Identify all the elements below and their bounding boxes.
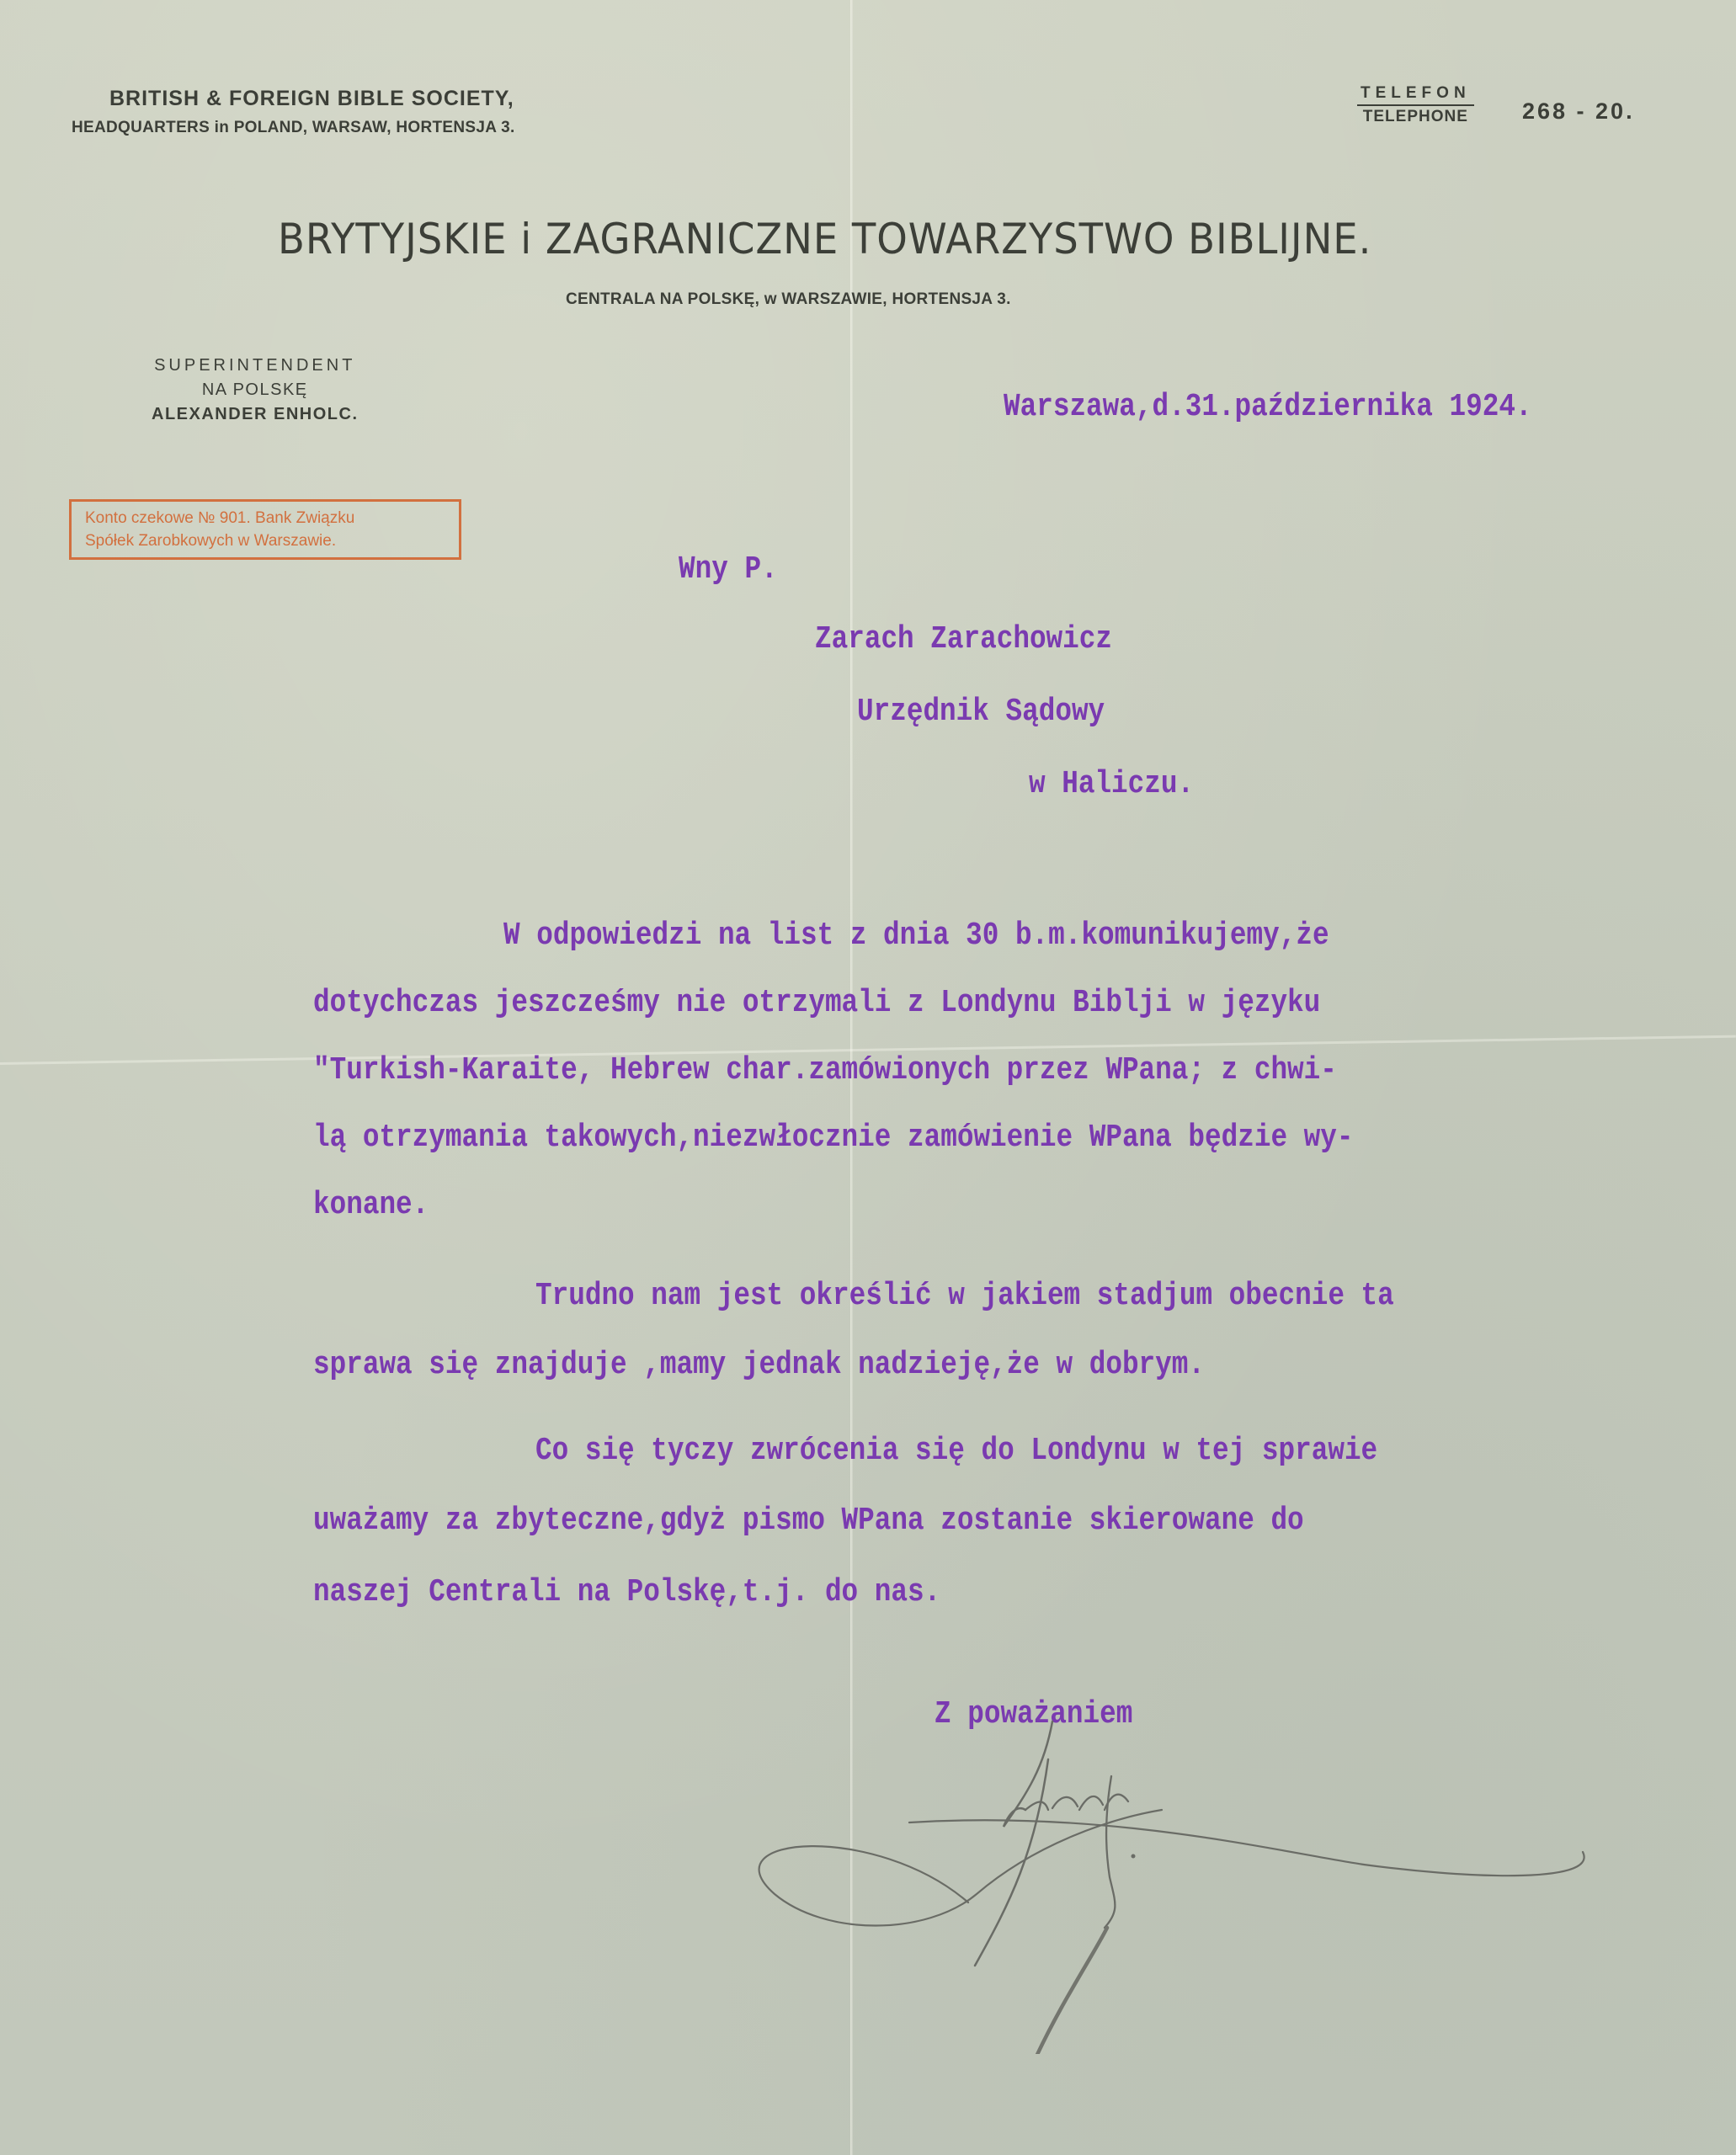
body-line: konane.	[313, 1187, 429, 1223]
letterhead-polish-subtitle: CENTRALA NA POLSKĘ, w WARSZAWIE, HORTENS…	[566, 290, 1011, 309]
body-line: sprawa się znajduje ,mamy jednak nadziej…	[313, 1347, 1205, 1383]
body-line: W odpowiedzi na list z dnia 30 b.m.komun…	[503, 918, 1329, 954]
recipient-name: Zarach Zarachowicz	[815, 621, 1112, 657]
body-line: Co się tyczy zwrócenia się do Londynu w …	[535, 1433, 1377, 1469]
body-line: uważamy za zbyteczne,gdyż pismo WPana zo…	[313, 1503, 1304, 1539]
telephone-label-english: TELEPHONE	[1357, 106, 1474, 126]
telephone-number: 268 - 20.	[1522, 98, 1635, 125]
body-line: dotychczas jeszcześmy nie otrzymali z Lo…	[313, 985, 1320, 1021]
superintendent-name: ALEXANDER ENHOLC.	[152, 402, 359, 427]
superintendent-title: SUPERINTENDENT	[152, 354, 359, 378]
superintendent-block: SUPERINTENDENT NA POLSKĘ ALEXANDER ENHOL…	[152, 354, 359, 427]
body-line: naszej Centrali na Polskę,t.j. do nas.	[313, 1574, 940, 1610]
telephone-label: TELEFON TELEPHONE	[1357, 84, 1474, 126]
letterhead-polish-title: BRYTYJSKIE i ZAGRANICZNE TOWARZYSTWO BIB…	[278, 215, 1371, 263]
body-line: Trudno nam jest określić w jakiem stadju…	[535, 1278, 1394, 1314]
letterhead-english-subtitle: HEADQUARTERS in POLAND, WARSAW, HORTENSJ…	[72, 119, 515, 137]
body-line: "Turkish-Karaite, Hebrew char.zamówionyc…	[313, 1052, 1337, 1088]
letterhead-english-title: BRITISH & FOREIGN BIBLE SOCIETY,	[109, 87, 514, 111]
telephone-label-polish: TELEFON	[1357, 84, 1474, 106]
signature-icon	[758, 1684, 1650, 2054]
recipient-salutation: Wny P.	[679, 551, 778, 588]
superintendent-region: NA POLSKĘ	[152, 378, 359, 402]
recipient-title: Urzędnik Sądowy	[857, 694, 1105, 730]
bank-account-line-1: Konto czekowe № 901. Bank Związku	[85, 507, 459, 529]
body-line: lą otrzymania takowych,niezwłocznie zamó…	[313, 1120, 1354, 1156]
bank-account-line-2: Spółek Zarobkowych w Warszawie.	[85, 529, 459, 552]
recipient-place: w Haliczu.	[1029, 766, 1194, 802]
letter-date: Warszawa,d.31.października 1924.	[1004, 389, 1532, 425]
bank-account-box: Konto czekowe № 901. Bank Związku Spółek…	[69, 499, 461, 560]
